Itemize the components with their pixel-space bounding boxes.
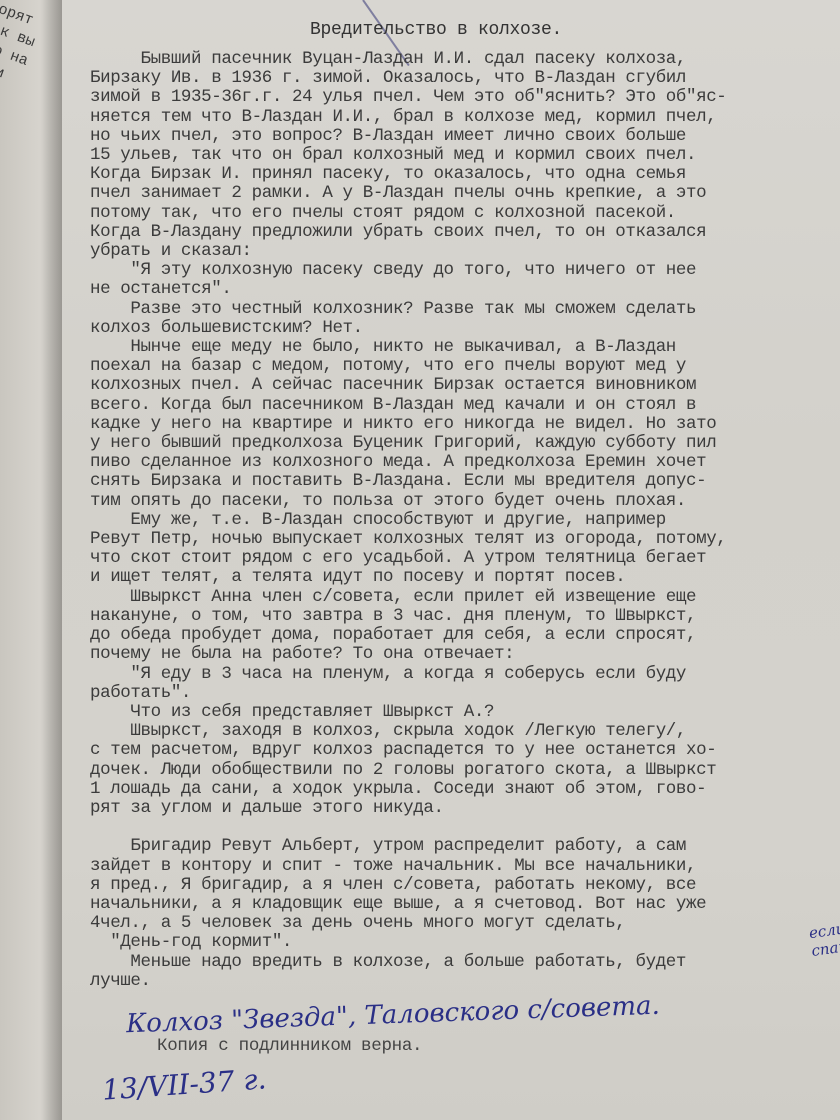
document-page: Вредительство в колхозе. Бывший пасечник…: [62, 0, 840, 1120]
handwritten-kolkhoz-line: Колхоз "Звезда", Таловского с/совета.: [126, 991, 661, 1040]
document-title: Вредительство в колхозе.: [310, 20, 562, 40]
copy-certification: Копия с подлинником верна.: [157, 1036, 422, 1056]
document-body: Бывший пасечник Вуцан-Лаздан И.И. сдал п…: [90, 50, 830, 991]
handwritten-margin-note: если не спать: [808, 916, 840, 960]
handwritten-date: 13/VII-37 г.: [101, 1062, 267, 1106]
